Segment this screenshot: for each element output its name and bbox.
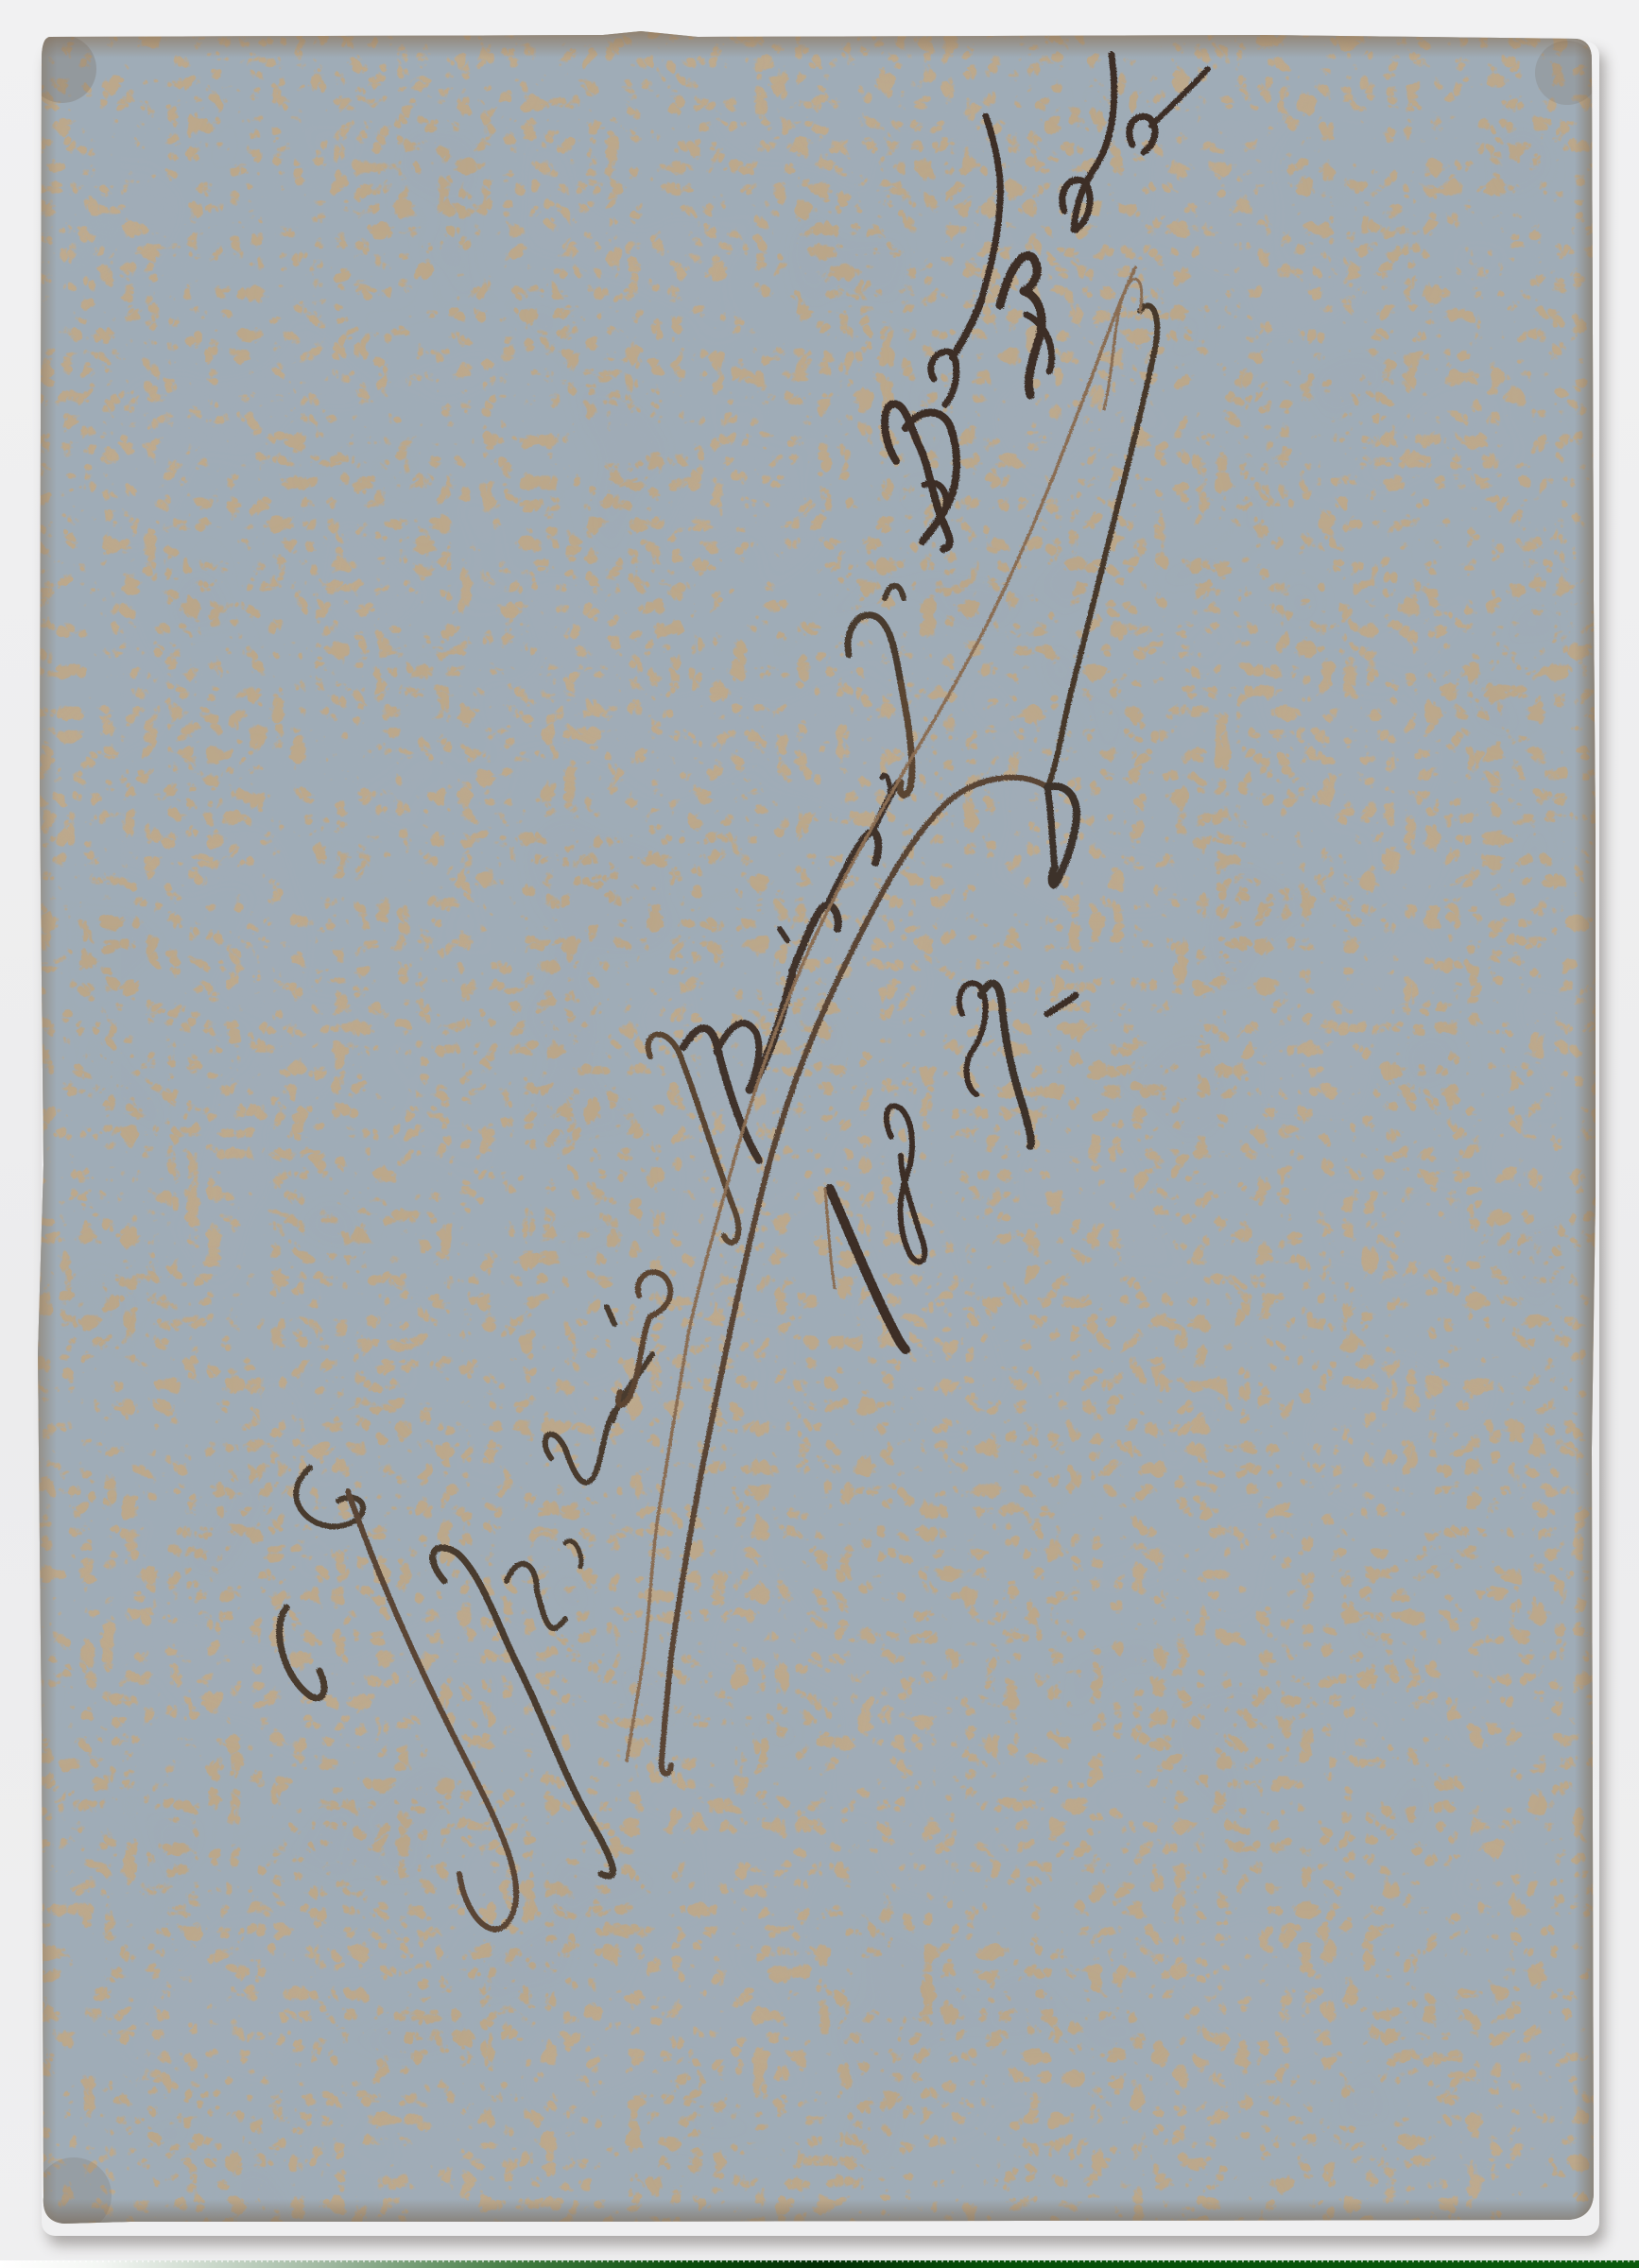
card: Ignacio Mirona y Balzola 1889 -: [36, 31, 1596, 2225]
card-surface: [36, 31, 1596, 2225]
paper: [36, 31, 1596, 2225]
scan-color-strip: [0, 2260, 1639, 2268]
